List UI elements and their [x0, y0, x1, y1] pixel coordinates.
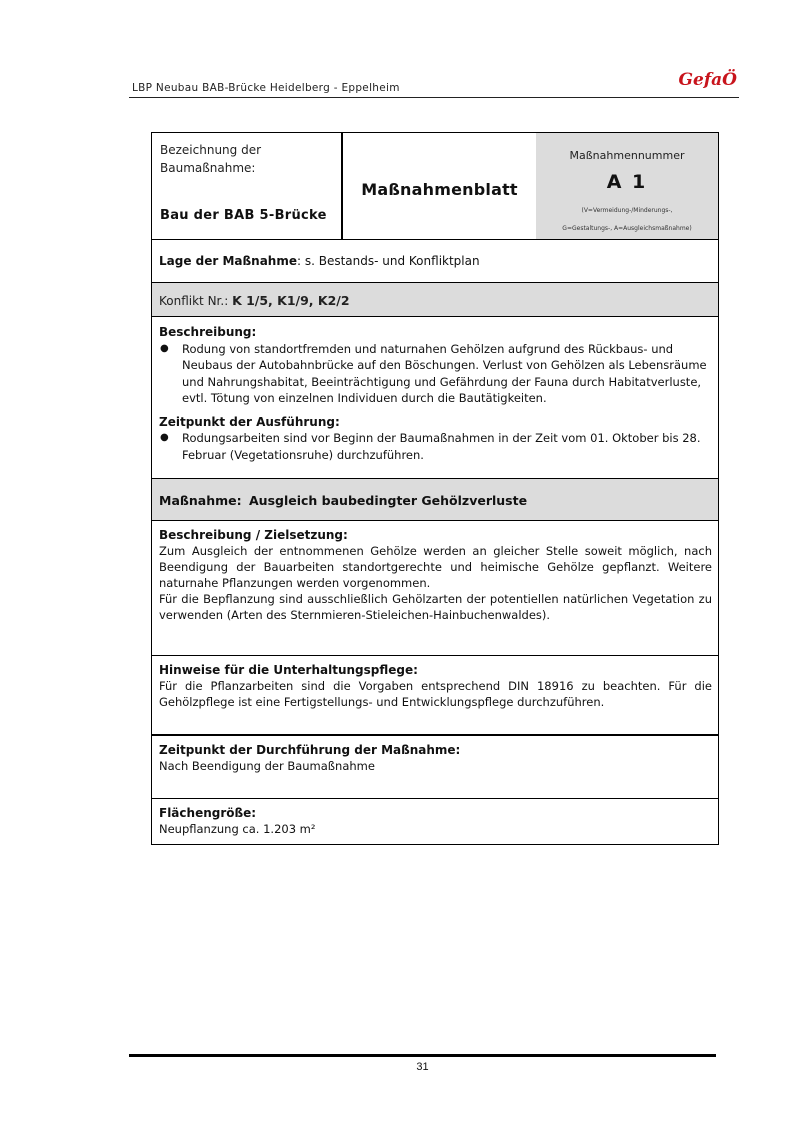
construction-name-value: Bau der BAB 5-Brücke: [160, 208, 327, 223]
location-value: : s. Bestands- und Konfliktplan: [297, 254, 480, 268]
measure-row: Maßnahme:Ausgleich baubedingter Gehölzve…: [152, 478, 718, 520]
maintenance-body: Für die Pflanzarbeiten sind die Vorgaben…: [159, 678, 712, 710]
sheet-header-row: Bezeichnung der Baumaßnahme: Bau der BAB…: [152, 133, 718, 239]
measure-number-value: A 1: [536, 171, 718, 193]
measure-number-label: Maßnahmennummer: [536, 149, 718, 162]
conflict-value: K 1/5, K1/9, K2/2: [232, 293, 350, 308]
execution-time-bullet-text: Rodungsarbeiten sind vor Beginn der Baum…: [182, 430, 712, 463]
measure-value: Ausgleich baubedingter Gehölzverluste: [249, 493, 527, 508]
conflict-label: Konflikt Nr.:: [159, 294, 232, 308]
measure-type-legend-line2: G=Gestaltungs-, A=Ausgleichsmaßnahme): [536, 225, 718, 232]
implementation-time-body: Nach Beendigung der Baumaßnahme: [159, 758, 712, 774]
document-title: LBP Neubau BAB-Brücke Heidelberg - Eppel…: [132, 82, 400, 94]
measure-type-legend-line1: (V=Vermeidung-/Minderungs-,: [536, 207, 718, 214]
area-size-body: Neupflanzung ca. 1.203 m²: [159, 821, 712, 837]
description-bullet-text: Rodung von standortfremden und naturnahe…: [182, 341, 712, 407]
execution-time-heading: Zeitpunkt der Ausführung:: [159, 414, 712, 431]
construction-name-label: Bezeichnung der Baumaßnahme:: [160, 141, 333, 177]
area-size-row: Flächengröße: Neupflanzung ca. 1.203 m²: [152, 798, 718, 844]
page-number: 31: [0, 1061, 794, 1073]
implementation-time-heading: Zeitpunkt der Durchführung der Maßnahme:: [159, 742, 712, 758]
execution-time-bullet: ● Rodungsarbeiten sind vor Beginn der Ba…: [159, 430, 712, 463]
description-bullet: ● Rodung von standortfremden und naturna…: [159, 341, 712, 407]
bullet-icon: ●: [159, 341, 182, 407]
sheet-title-cell: Maßnahmenblatt: [343, 133, 536, 239]
sheet-title: Maßnahmenblatt: [361, 174, 518, 199]
location-label: Lage der Maßnahme: [159, 254, 297, 268]
bullet-icon: ●: [159, 430, 182, 463]
objective-row: Beschreibung / Zielsetzung: Zum Ausgleic…: [152, 520, 718, 655]
location-row: Lage der Maßnahme: s. Bestands- und Konf…: [152, 239, 718, 282]
measure-label: Maßnahme:: [159, 493, 249, 508]
page-header: LBP Neubau BAB-Brücke Heidelberg - Eppel…: [129, 70, 739, 98]
implementation-time-row: Zeitpunkt der Durchführung der Maßnahme:…: [152, 734, 718, 798]
footer-divider: [129, 1054, 716, 1057]
description-heading: Beschreibung:: [159, 324, 712, 341]
maintenance-heading: Hinweise für die Unterhaltungspflege:: [159, 662, 712, 678]
company-logo: GefaÖ: [679, 70, 737, 90]
measure-number-cell: Maßnahmennummer A 1 (V=Vermeidung-/Minde…: [536, 133, 718, 239]
construction-name-cell: Bezeichnung der Baumaßnahme: Bau der BAB…: [152, 133, 343, 239]
objective-paragraph-1: Zum Ausgleich der entnommenen Gehölze we…: [159, 543, 712, 591]
area-size-heading: Flächengröße:: [159, 805, 712, 821]
objective-paragraph-2: Für die Bepflanzung sind ausschließlich …: [159, 591, 712, 623]
conflict-description-row: Beschreibung: ● Rodung von standortfremd…: [152, 316, 718, 478]
objective-heading: Beschreibung / Zielsetzung:: [159, 527, 712, 543]
maintenance-row: Hinweise für die Unterhaltungspflege: Fü…: [152, 655, 718, 734]
conflict-row: Konflikt Nr.: K 1/5, K1/9, K2/2: [152, 282, 718, 316]
measure-sheet-table: Bezeichnung der Baumaßnahme: Bau der BAB…: [151, 132, 719, 845]
